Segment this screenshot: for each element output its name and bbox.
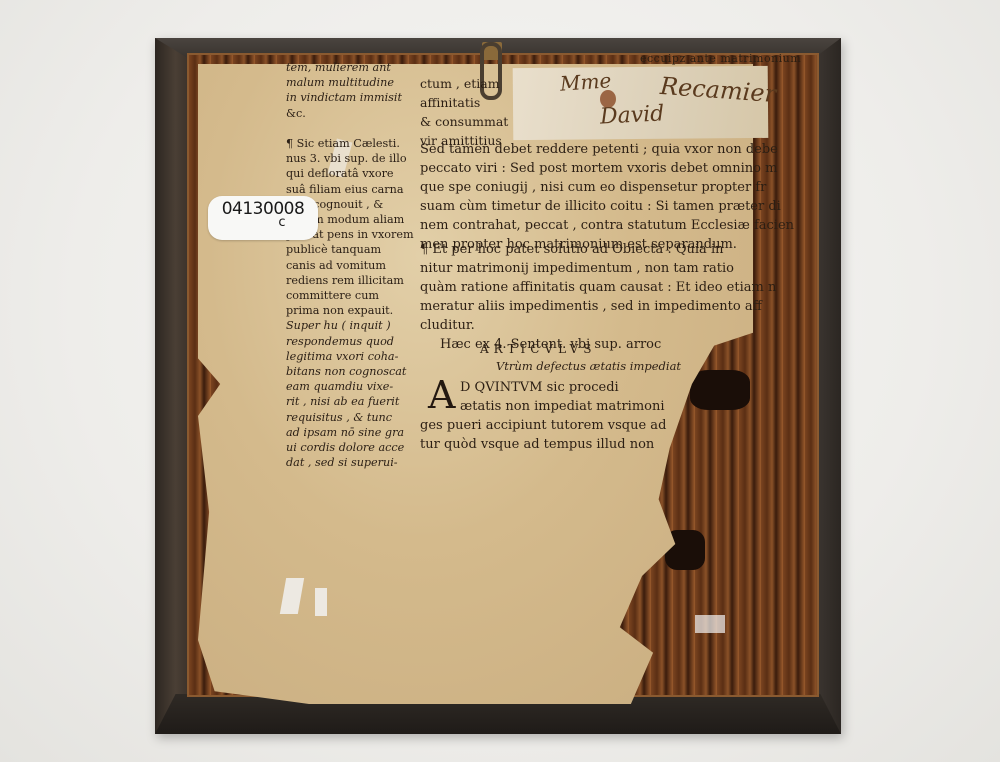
text-line: meratur aliis impedimentis , sed in impe…: [420, 297, 796, 316]
text-line: [286, 121, 426, 136]
text-line: canis ad vomitum: [286, 258, 426, 273]
white-patch: [695, 615, 725, 633]
text-line: cluditur.: [420, 316, 796, 335]
right-column-lower: ¶ Et per hoc patet solutio ad Obiecta : …: [420, 240, 796, 354]
right-column-top: ctum , etiam affinitatis & consummat vir…: [420, 74, 510, 150]
text-line: eam quamdiu vixe-: [286, 379, 426, 394]
text-line: malum multitudine: [286, 75, 426, 90]
text-line: ad ipsam nō sine gra: [286, 425, 426, 440]
text-line: suam cùm timetur de illicito coitu : Si …: [420, 197, 796, 216]
article-question: Vtrùm defectus ætatis impediat: [496, 359, 681, 373]
text-line: peccato viri : Sed post mortem vxoris de…: [420, 159, 796, 178]
text-line: ctum , etiam: [420, 74, 510, 93]
text-line: D QVINTVM sic procedi: [460, 378, 710, 397]
text-line: ui cordis dolore acce: [286, 440, 426, 455]
text-line: ges pueri accipiunt tutorem vsque ad: [420, 416, 712, 435]
text-line: legitima vxori coha-: [286, 349, 426, 364]
text-line: suâ filiam eius carna: [286, 182, 426, 197]
text-line: respondemus quod: [286, 334, 426, 349]
scrap-printed-text: eccuipz ante matrimonium: [640, 52, 801, 65]
text-line: nitur matrimonij impedimentum , non tam …: [420, 259, 796, 278]
inventory-number: 04130008: [208, 196, 318, 219]
text-line: ¶ Et per hoc patet solutio ad Obiecta : …: [420, 240, 796, 259]
text-line: Super hu ( inquit ): [286, 318, 426, 333]
left-printed-column: tem, mulierem ant malum multitudine in v…: [286, 60, 426, 470]
article-heading: ARTICVLVS: [480, 342, 597, 356]
drop-cap: A: [428, 376, 455, 414]
frame-bevel-left: [155, 38, 189, 734]
text-line: Hæc ex 4. Sentent. vbi sup. arroc: [420, 335, 796, 354]
inventory-label: 04130008 c: [208, 196, 318, 240]
text-line: que spe coniugij , nisi cum eo dispenset…: [420, 178, 796, 197]
handwriting-line-3: David: [599, 101, 665, 129]
text-line: &c.: [286, 106, 426, 121]
text-line: tur quòd vsque ad tempus illud non: [420, 435, 712, 454]
text-line: dat , sed si superui-: [286, 455, 426, 470]
text-line: ætatis non impediat matrimoni: [460, 397, 710, 416]
text-line: rediens rem illicitam: [286, 273, 426, 288]
article-body: ges pueri accipiunt tutorem vsque ad tur…: [420, 416, 712, 454]
text-line: requisitus , & tunc: [286, 410, 426, 425]
text-line: bitans non cognoscat: [286, 364, 426, 379]
text-line: in vindictam immisit: [286, 90, 426, 105]
text-line: tem, mulierem ant: [286, 60, 426, 75]
text-line: prima non expauit.: [286, 303, 426, 318]
white-patch: [315, 588, 327, 616]
text-line: affinitatis: [420, 93, 510, 112]
text-line: & consummat: [420, 112, 510, 131]
text-line: rit , nisi ab ea fuerit: [286, 394, 426, 409]
text-line: committere cum: [286, 288, 426, 303]
handwriting-line-1: Mme: [559, 68, 612, 96]
text-line: qui defloratâ vxore: [286, 166, 426, 181]
text-line: nus 3. vbi sup. de illo: [286, 151, 426, 166]
text-line: ¶ Sic etiam Cælesti.: [286, 136, 426, 151]
text-line: publicè tanquam: [286, 242, 426, 257]
right-column-middle: Sed tamen debet reddere petenti ; quia v…: [420, 140, 796, 254]
text-line: Sed tamen debet reddere petenti ; quia v…: [420, 140, 796, 159]
article-opening: D QVINTVM sic procedi ætatis non impedia…: [460, 378, 710, 416]
text-line: quàm ratione affinitatis quam causat : E…: [420, 278, 796, 297]
text-line: nem contrahat, peccat , contra statutum …: [420, 216, 796, 235]
